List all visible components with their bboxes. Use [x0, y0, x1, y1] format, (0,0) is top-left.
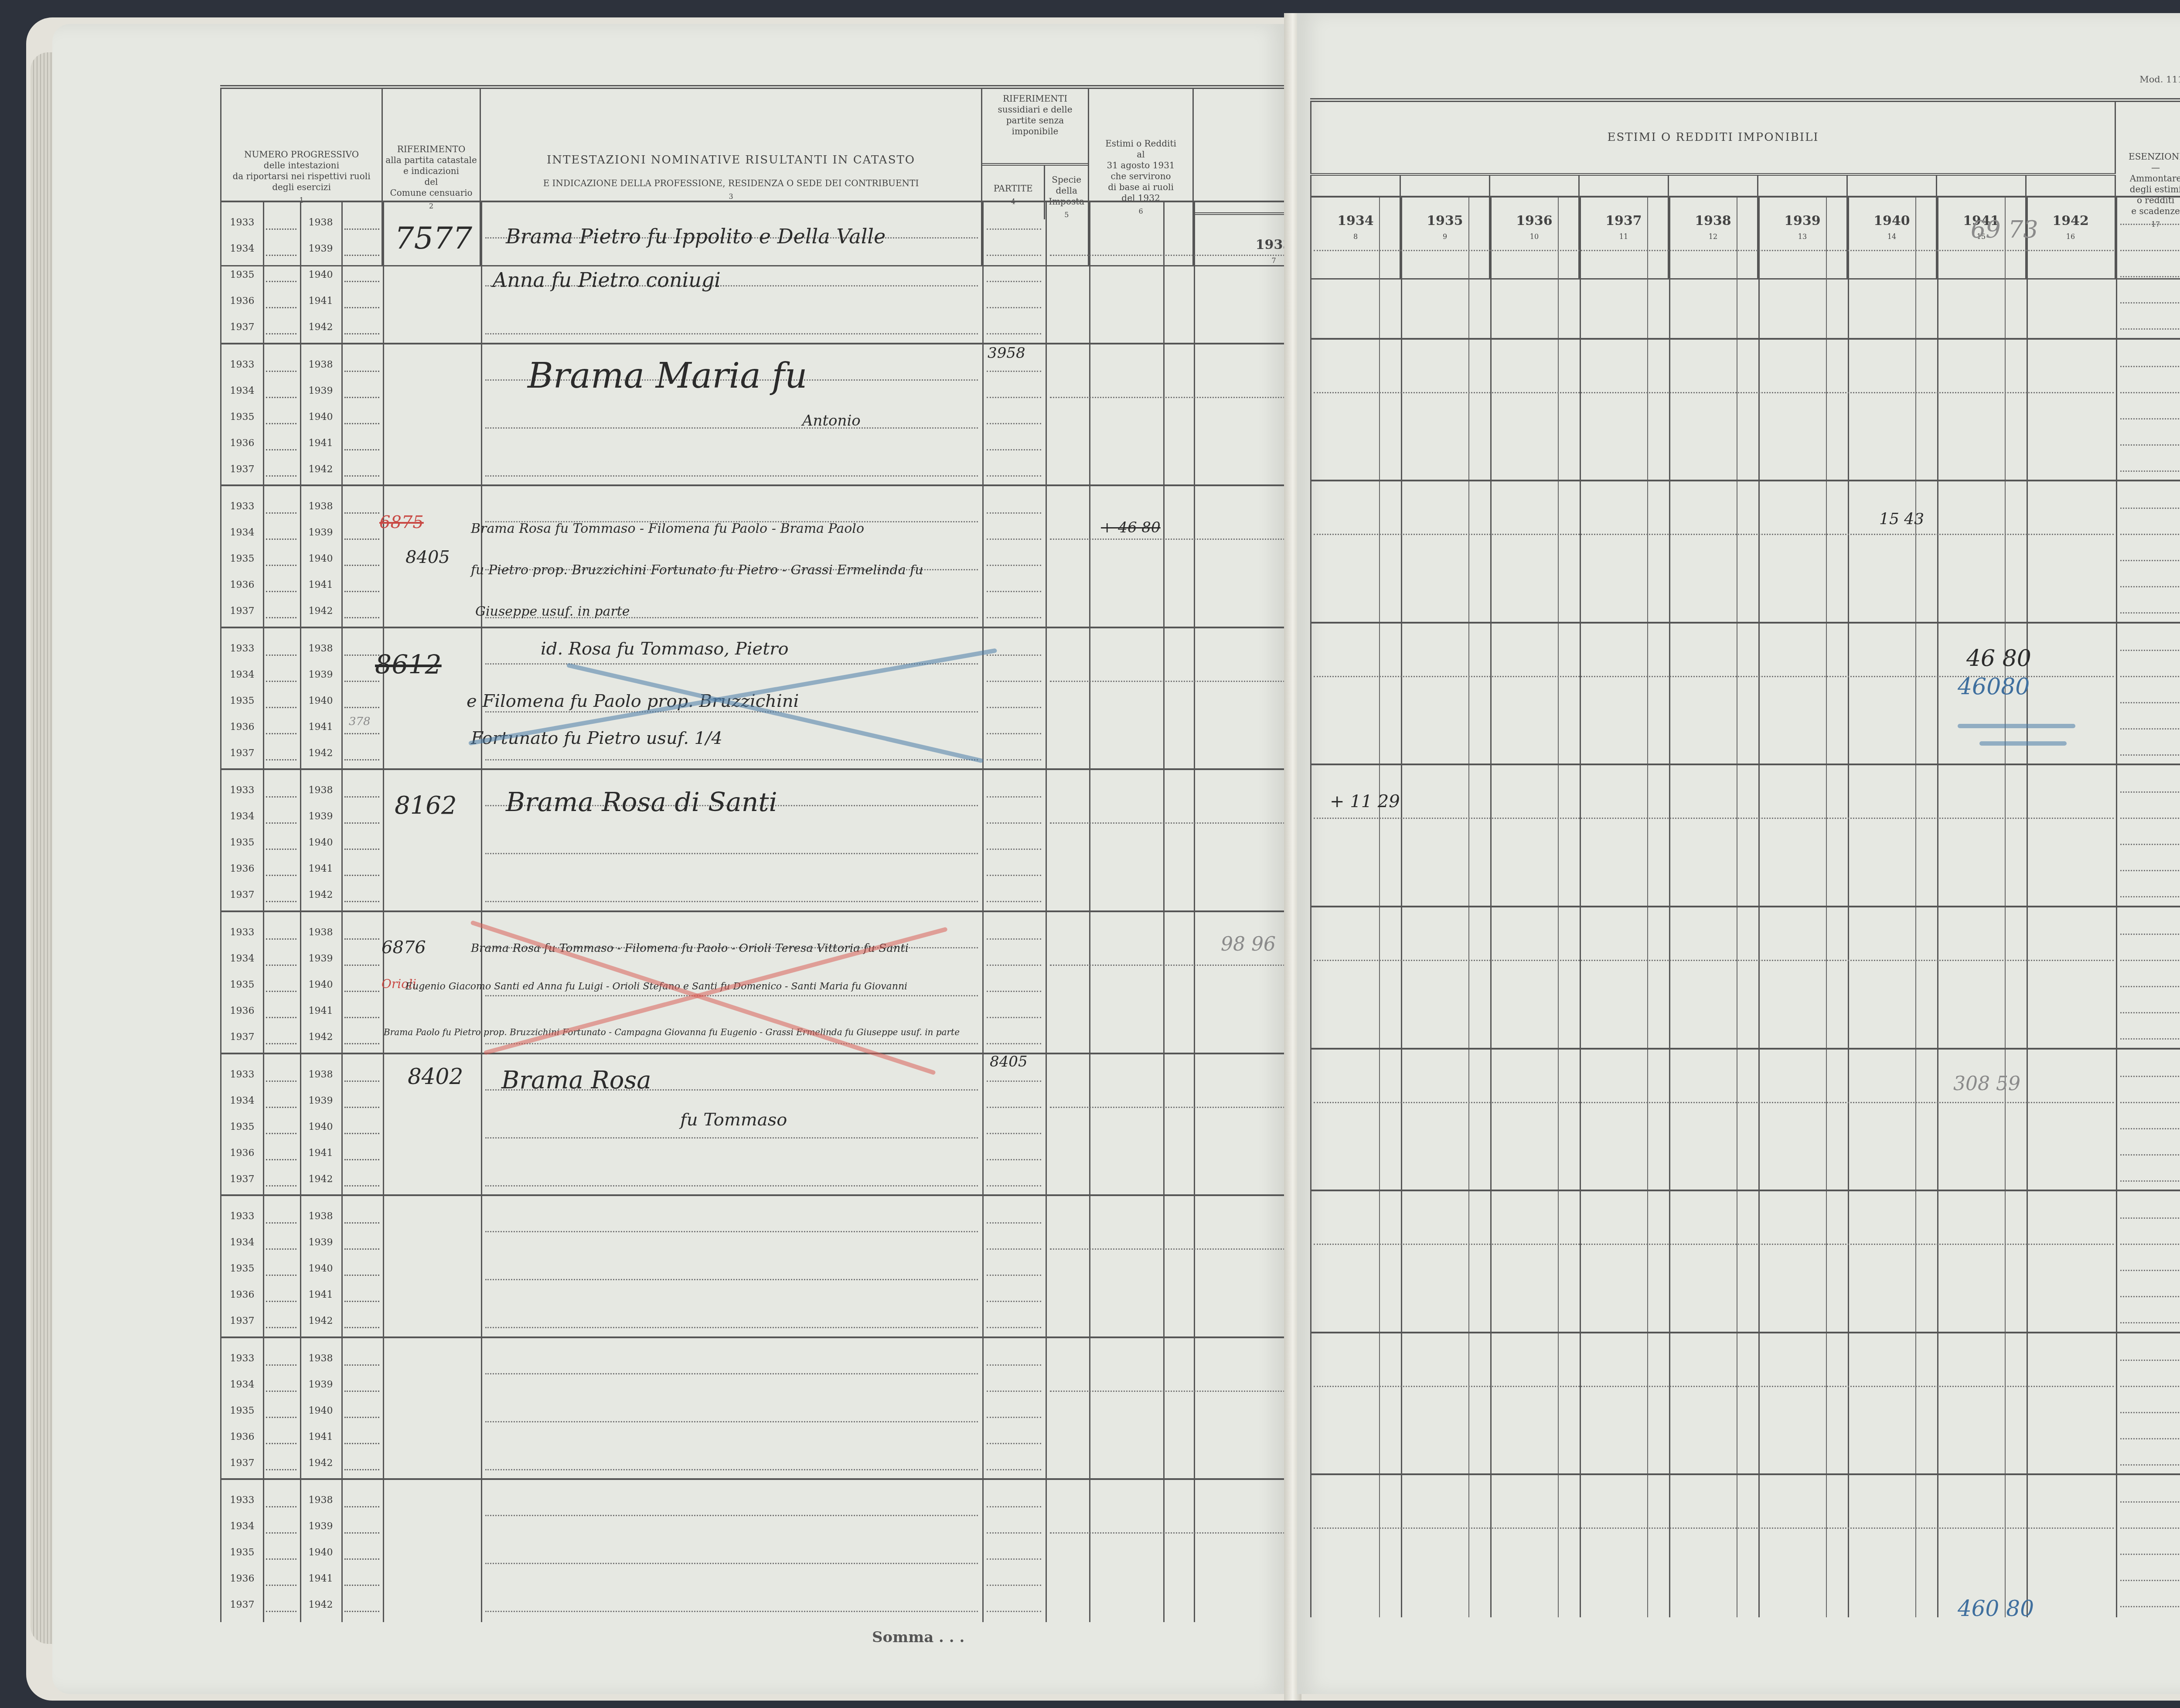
register-row-block: 1933193819341939193519401936194119371942 — [220, 484, 1355, 628]
year-label: 1938 — [300, 779, 341, 802]
year-label: 1935 — [221, 547, 263, 571]
year-label: 1942 — [300, 883, 341, 907]
entry-4-name-line1: id. Rosa fu Tommaso, Pietro — [541, 639, 788, 659]
year-label: 1937 — [221, 1309, 263, 1333]
year-label: 1938 — [300, 1347, 341, 1370]
entry-7-name-line2: fu Tommaso — [680, 1110, 787, 1130]
year-label: 1935 — [221, 1257, 263, 1281]
header-estimi-imponibili: ESTIMI O REDDITI IMPONIBILI — [1311, 100, 2115, 174]
entry-6-name-line3: Brama Paolo fu Pietro prop. Bruzzichini … — [384, 1027, 960, 1037]
year-label: 1934 — [221, 521, 263, 545]
entry-1-name-line2: Anna fu Pietro coniugi — [493, 268, 721, 292]
register-row-block — [1310, 1190, 2180, 1333]
entry-3-name-line1: Brama Rosa fu Tommaso - Filomena fu Paol… — [471, 521, 864, 536]
year-label: 1935 — [221, 406, 263, 429]
year-label: 1937 — [221, 458, 263, 481]
year-label: 1934 — [221, 1373, 263, 1397]
year-label: 1933 — [221, 1063, 263, 1087]
entry-7-ref: 8402 — [408, 1064, 463, 1089]
year-label: 1935 — [221, 1115, 263, 1139]
year-label: 1934 — [221, 1231, 263, 1255]
entry-5-1934-value: + 11 29 — [1330, 791, 1400, 811]
year-label: 1934 — [221, 237, 263, 261]
year-label: 1940 — [300, 831, 341, 855]
year-label: 1940 — [300, 973, 341, 997]
year-label: 1937 — [221, 1593, 263, 1617]
year-label: 1939 — [300, 1089, 341, 1113]
year-label: 1935 — [221, 1399, 263, 1423]
register-row-block — [1310, 764, 2180, 907]
year-label: 1940 — [300, 263, 341, 287]
register-row-block — [1310, 906, 2180, 1050]
entry-6-1933-value: 98 96 — [1221, 933, 1276, 955]
entry-3-1940-value: 15 43 — [1879, 510, 1924, 528]
year-label: 1941 — [300, 573, 341, 597]
year-label: 1939 — [300, 379, 341, 403]
year-label: 1939 — [300, 521, 341, 545]
year-label: 1934 — [221, 1515, 263, 1538]
year-label: 1941 — [300, 432, 341, 455]
form-code: Mod. 111 - Imposte Dirette (Intercalare)… — [2139, 74, 2180, 85]
year-label: 1935 — [221, 689, 263, 713]
year-label: 1933 — [221, 495, 263, 518]
entry-6-ref: 6876 — [381, 938, 426, 958]
entry-4-1941-pencil: 46 80 — [1966, 645, 2031, 672]
year-label: 1936 — [221, 1567, 263, 1591]
right-page: Mod. 111 - Imposte Dirette (Intercalare)… — [1297, 13, 2180, 1694]
year-label: 1938 — [300, 1489, 341, 1512]
year-label: 1937 — [221, 742, 263, 765]
year-label: 1937 — [221, 1168, 263, 1191]
year-label: 1937 — [221, 600, 263, 623]
year-label: 1939 — [300, 237, 341, 261]
year-label: 1938 — [300, 495, 341, 518]
year-label: 1942 — [300, 458, 341, 481]
year-label: 1939 — [300, 1515, 341, 1538]
year-label: 1936 — [221, 1142, 263, 1165]
year-label: 1941 — [300, 999, 341, 1023]
register-row-block: 1933193819341939193519401936194119371942 — [220, 1053, 1355, 1197]
year-label: 1941 — [300, 1283, 341, 1307]
year-label: 1937 — [221, 1026, 263, 1049]
entry-2-name-line1: Brama Maria fu — [528, 355, 807, 396]
year-label: 1942 — [300, 1026, 341, 1049]
entry-3-name-line2: fu Pietro prop. Bruzzichini Fortunato fu… — [471, 563, 923, 578]
year-label: 1934 — [221, 1089, 263, 1113]
year-label: 1941 — [300, 290, 341, 313]
year-label: 1942 — [300, 742, 341, 765]
blue-double-underline — [1979, 741, 2067, 746]
year-label: 1940 — [300, 1115, 341, 1139]
year-label: 1933 — [221, 1489, 263, 1512]
year-label: 1942 — [300, 1309, 341, 1333]
year-label: 1941 — [300, 1567, 341, 1591]
year-label: 1935 — [221, 831, 263, 855]
year-label: 1933 — [221, 637, 263, 661]
entry-1-1941-value: 69 73 — [1971, 216, 2038, 243]
year-label: 1933 — [221, 1347, 263, 1370]
register-row-block: 1933193819341939193519401936194119371942 — [220, 1336, 1355, 1480]
entry-3-ref-struck: 6875 — [379, 512, 424, 532]
register-row-block — [1310, 196, 2180, 340]
year-label: 1934 — [221, 379, 263, 403]
year-label: 1939 — [300, 805, 341, 828]
year-label: 1939 — [300, 1373, 341, 1397]
year-label: 1936 — [221, 1283, 263, 1307]
year-label: 1938 — [300, 1063, 341, 1087]
entry-2-name-line2: Antonio — [802, 412, 861, 430]
year-label: 1934 — [221, 805, 263, 828]
year-label: 1938 — [300, 211, 341, 235]
register-row-block: 1933193819341939193519401936194119371942 — [220, 201, 1355, 344]
year-label: 1939 — [300, 663, 341, 687]
year-label: 1938 — [300, 921, 341, 944]
register-row-block — [1310, 338, 2180, 482]
year-label: 1933 — [221, 921, 263, 944]
entry-1-name-line1: Brama Pietro fu Ippolito e Della Valle — [506, 225, 886, 248]
year-label: 1940 — [300, 547, 341, 571]
register-row-block: 1933193819341939193519401936194119371942 — [220, 768, 1355, 912]
entry-3-ref: 8405 — [405, 547, 450, 567]
year-label: 1937 — [221, 316, 263, 339]
year-label: 1936 — [221, 290, 263, 313]
year-label: 1933 — [221, 211, 263, 235]
register-row-block — [1310, 1473, 2180, 1617]
year-label: 1941 — [300, 1142, 341, 1165]
year-label: 1937 — [221, 1452, 263, 1475]
year-label: 1938 — [300, 637, 341, 661]
year-label: 1940 — [300, 689, 341, 713]
entry-2-partite: 3958 — [988, 344, 1025, 362]
entry-7-1941-value: 308 59 — [1953, 1073, 2020, 1095]
year-label: 1934 — [221, 947, 263, 971]
entry-7-partite: 8405 — [990, 1053, 1028, 1070]
register-row-block: 1933193819341939193519401936194119371942 — [220, 1478, 1355, 1622]
year-label: 1942 — [300, 1593, 341, 1617]
year-label: 1939 — [300, 947, 341, 971]
year-label: 1933 — [221, 779, 263, 802]
register-row-block — [1310, 1048, 2180, 1192]
year-label: 1938 — [300, 1205, 341, 1228]
year-label: 1940 — [300, 1541, 341, 1565]
entry-4-1941-blue: 46080 — [1958, 674, 2030, 700]
year-label: 1935 — [221, 1541, 263, 1565]
entry-5-name-line1: Brama Rosa di Santi — [506, 787, 777, 818]
somma-1941-total: 460 80 — [1958, 1596, 2034, 1621]
year-label: 1940 — [300, 1257, 341, 1281]
year-label: 1941 — [300, 857, 341, 881]
year-label: 1942 — [300, 316, 341, 339]
entry-1-ref: 7577 — [395, 220, 472, 256]
entry-7-name-line1: Brama Rosa — [501, 1066, 651, 1094]
somma-label: Somma . . . — [872, 1629, 964, 1646]
year-label: 1936 — [221, 716, 263, 739]
entry-5-ref: 8162 — [395, 791, 457, 820]
year-label: 1933 — [221, 353, 263, 377]
year-label: 1942 — [300, 1452, 341, 1475]
year-label: 1942 — [300, 1168, 341, 1191]
entry-3-estimo-1931: + 46 80 — [1101, 519, 1161, 536]
blue-underline — [1958, 724, 2075, 728]
year-label: 1935 — [221, 973, 263, 997]
entry-4-ref-struck: 8612 — [375, 650, 442, 680]
entry-4-side-note: 378 — [349, 715, 371, 728]
register-row-block — [1310, 1332, 2180, 1476]
year-label: 1942 — [300, 600, 341, 623]
year-label: 1936 — [221, 573, 263, 597]
entry-3-name-line3: Giuseppe usuf. in parte — [475, 604, 630, 619]
year-label: 1936 — [221, 857, 263, 881]
year-label: 1936 — [221, 999, 263, 1023]
year-label: 1937 — [221, 883, 263, 907]
year-label: 1934 — [221, 663, 263, 687]
year-label: 1933 — [221, 1205, 263, 1228]
register-row-block: 1933193819341939193519401936194119371942 — [220, 1194, 1355, 1338]
year-label: 1936 — [221, 432, 263, 455]
year-label: 1936 — [221, 1425, 263, 1449]
year-label: 1935 — [221, 263, 263, 287]
year-label: 1939 — [300, 1231, 341, 1255]
register-row-block — [1310, 480, 2180, 624]
year-label: 1940 — [300, 406, 341, 429]
year-label: 1938 — [300, 353, 341, 377]
year-label: 1940 — [300, 1399, 341, 1423]
year-label: 1941 — [300, 1425, 341, 1449]
year-label: 1941 — [300, 716, 341, 739]
